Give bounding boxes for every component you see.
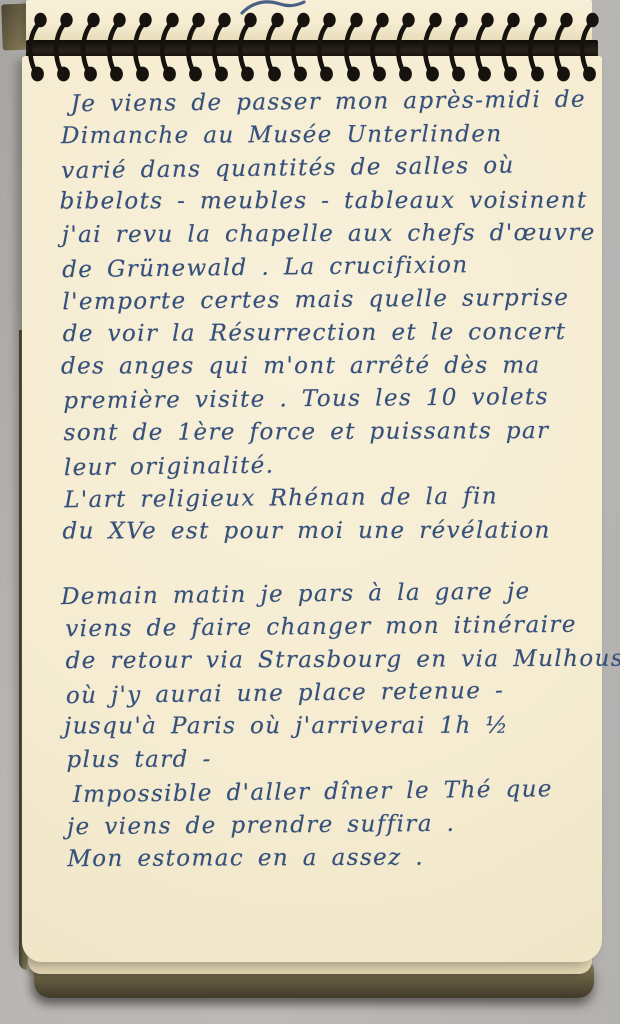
- spiral-loop: [208, 8, 234, 86]
- handwritten-line: de Grünewald . La crucifixion: [62, 248, 574, 287]
- wire-loop-icon: [208, 8, 234, 86]
- handwritten-line: leur originalité.: [64, 446, 576, 485]
- wire-loop-icon: [182, 8, 208, 86]
- handwritten-line: des anges qui m'ont arrêté dès ma: [61, 350, 573, 384]
- handwritten-line: du XVe est pour moi une révélation: [62, 515, 574, 549]
- spiral-loop: [156, 8, 182, 86]
- wire-loop-icon: [261, 8, 287, 86]
- wire-loop-icon: [576, 8, 602, 86]
- spiral-loop: [50, 8, 76, 86]
- handwritten-line: je viens de prendre suffira .: [67, 807, 579, 844]
- handwritten-line: de voir la Résurrection et le concert: [63, 316, 575, 351]
- wire-loop-icon: [129, 8, 155, 86]
- spiral-loop: [287, 8, 313, 86]
- wire-loop-icon: [340, 8, 366, 86]
- spiral-loop: [445, 8, 471, 86]
- spiral-loop: [313, 8, 339, 86]
- spiral-loop: [234, 8, 260, 86]
- wire-loop-icon: [156, 8, 182, 86]
- notebook-photo: Je viens de passer mon après-midi de Dim…: [0, 0, 620, 1024]
- wire-loop-icon: [550, 8, 576, 86]
- spiral-loop: [392, 8, 418, 86]
- handwritten-line: j'ai revu la chapelle aux chefs d'œuvre: [62, 217, 574, 252]
- handwritten-line: de retour via Strasbourg en via Mulhouse: [66, 643, 578, 678]
- handwritten-line: première visite . Tous les 10 volets: [63, 381, 575, 418]
- handwritten-line: où j'y aurai une place retenue -: [66, 674, 578, 713]
- wire-loop-icon: [77, 8, 103, 86]
- handwritten-line: sont de 1ère force et puissants par: [64, 415, 576, 450]
- wire-loop-icon: [419, 8, 445, 86]
- handwritten-line: varié dans quantités de salles où: [61, 149, 573, 188]
- spiral-loop: [550, 8, 576, 86]
- wire-loop-icon: [103, 8, 129, 86]
- wire-loop-icon: [313, 8, 339, 86]
- wire-loop-icon: [234, 8, 260, 86]
- spiral-loop: [419, 8, 445, 86]
- spiral-loop: [103, 8, 129, 86]
- wire-loop-icon: [50, 8, 76, 86]
- spiral-loop: [129, 8, 155, 86]
- notebook-page: Je viens de passer mon après-midi de Dim…: [22, 56, 602, 962]
- spiral-loop: [366, 8, 392, 86]
- wire-loop-icon: [445, 8, 471, 86]
- spiral-loop: [524, 8, 550, 86]
- spiral-loop: [340, 8, 366, 86]
- handwritten-line: Impossible d'aller dîner le Thé que: [73, 773, 579, 812]
- spiral-loop: [261, 8, 287, 86]
- wire-loop-icon: [366, 8, 392, 86]
- wire-loop-icon: [392, 8, 418, 86]
- handwritten-line: Demain matin je pars à la gare je: [61, 575, 577, 614]
- handwritten-line: Dimanche au Musée Unterlinden: [61, 118, 573, 153]
- handwritten-line: l'emporte certes mais quelle surprise: [62, 282, 574, 319]
- spiral-loop: [576, 8, 602, 86]
- spiral-loop: [497, 8, 523, 86]
- handwritten-line: plus tard -: [66, 742, 578, 777]
- wire-loop-icon: [497, 8, 523, 86]
- wire-loop-icon: [287, 8, 313, 86]
- spiral-loop: [471, 8, 497, 86]
- spiral-loop: [24, 8, 50, 86]
- spiral-loop: [182, 8, 208, 86]
- handwritten-line: Je viens de passer mon après-midi de: [71, 84, 573, 121]
- handwritten-line: Mon estomac en a assez .: [67, 841, 579, 876]
- wire-loop-icon: [24, 8, 50, 86]
- spiral-binding: [24, 8, 604, 86]
- wire-loop-icon: [524, 8, 550, 86]
- spiral-loop: [77, 8, 103, 86]
- handwritten-text: Je viens de passer mon après-midi de Dim…: [61, 84, 580, 877]
- handwritten-line: viens de faire changer mon itinéraire: [65, 609, 577, 646]
- wire-loop-icon: [471, 8, 497, 86]
- handwritten-line: L'art religieux Rhénan de la fin: [64, 480, 576, 517]
- handwritten-line: jusqu'à Paris où j'arriverai 1h ½: [64, 710, 576, 744]
- handwritten-line: bibelots - meubles - tableaux voisinent: [60, 185, 572, 219]
